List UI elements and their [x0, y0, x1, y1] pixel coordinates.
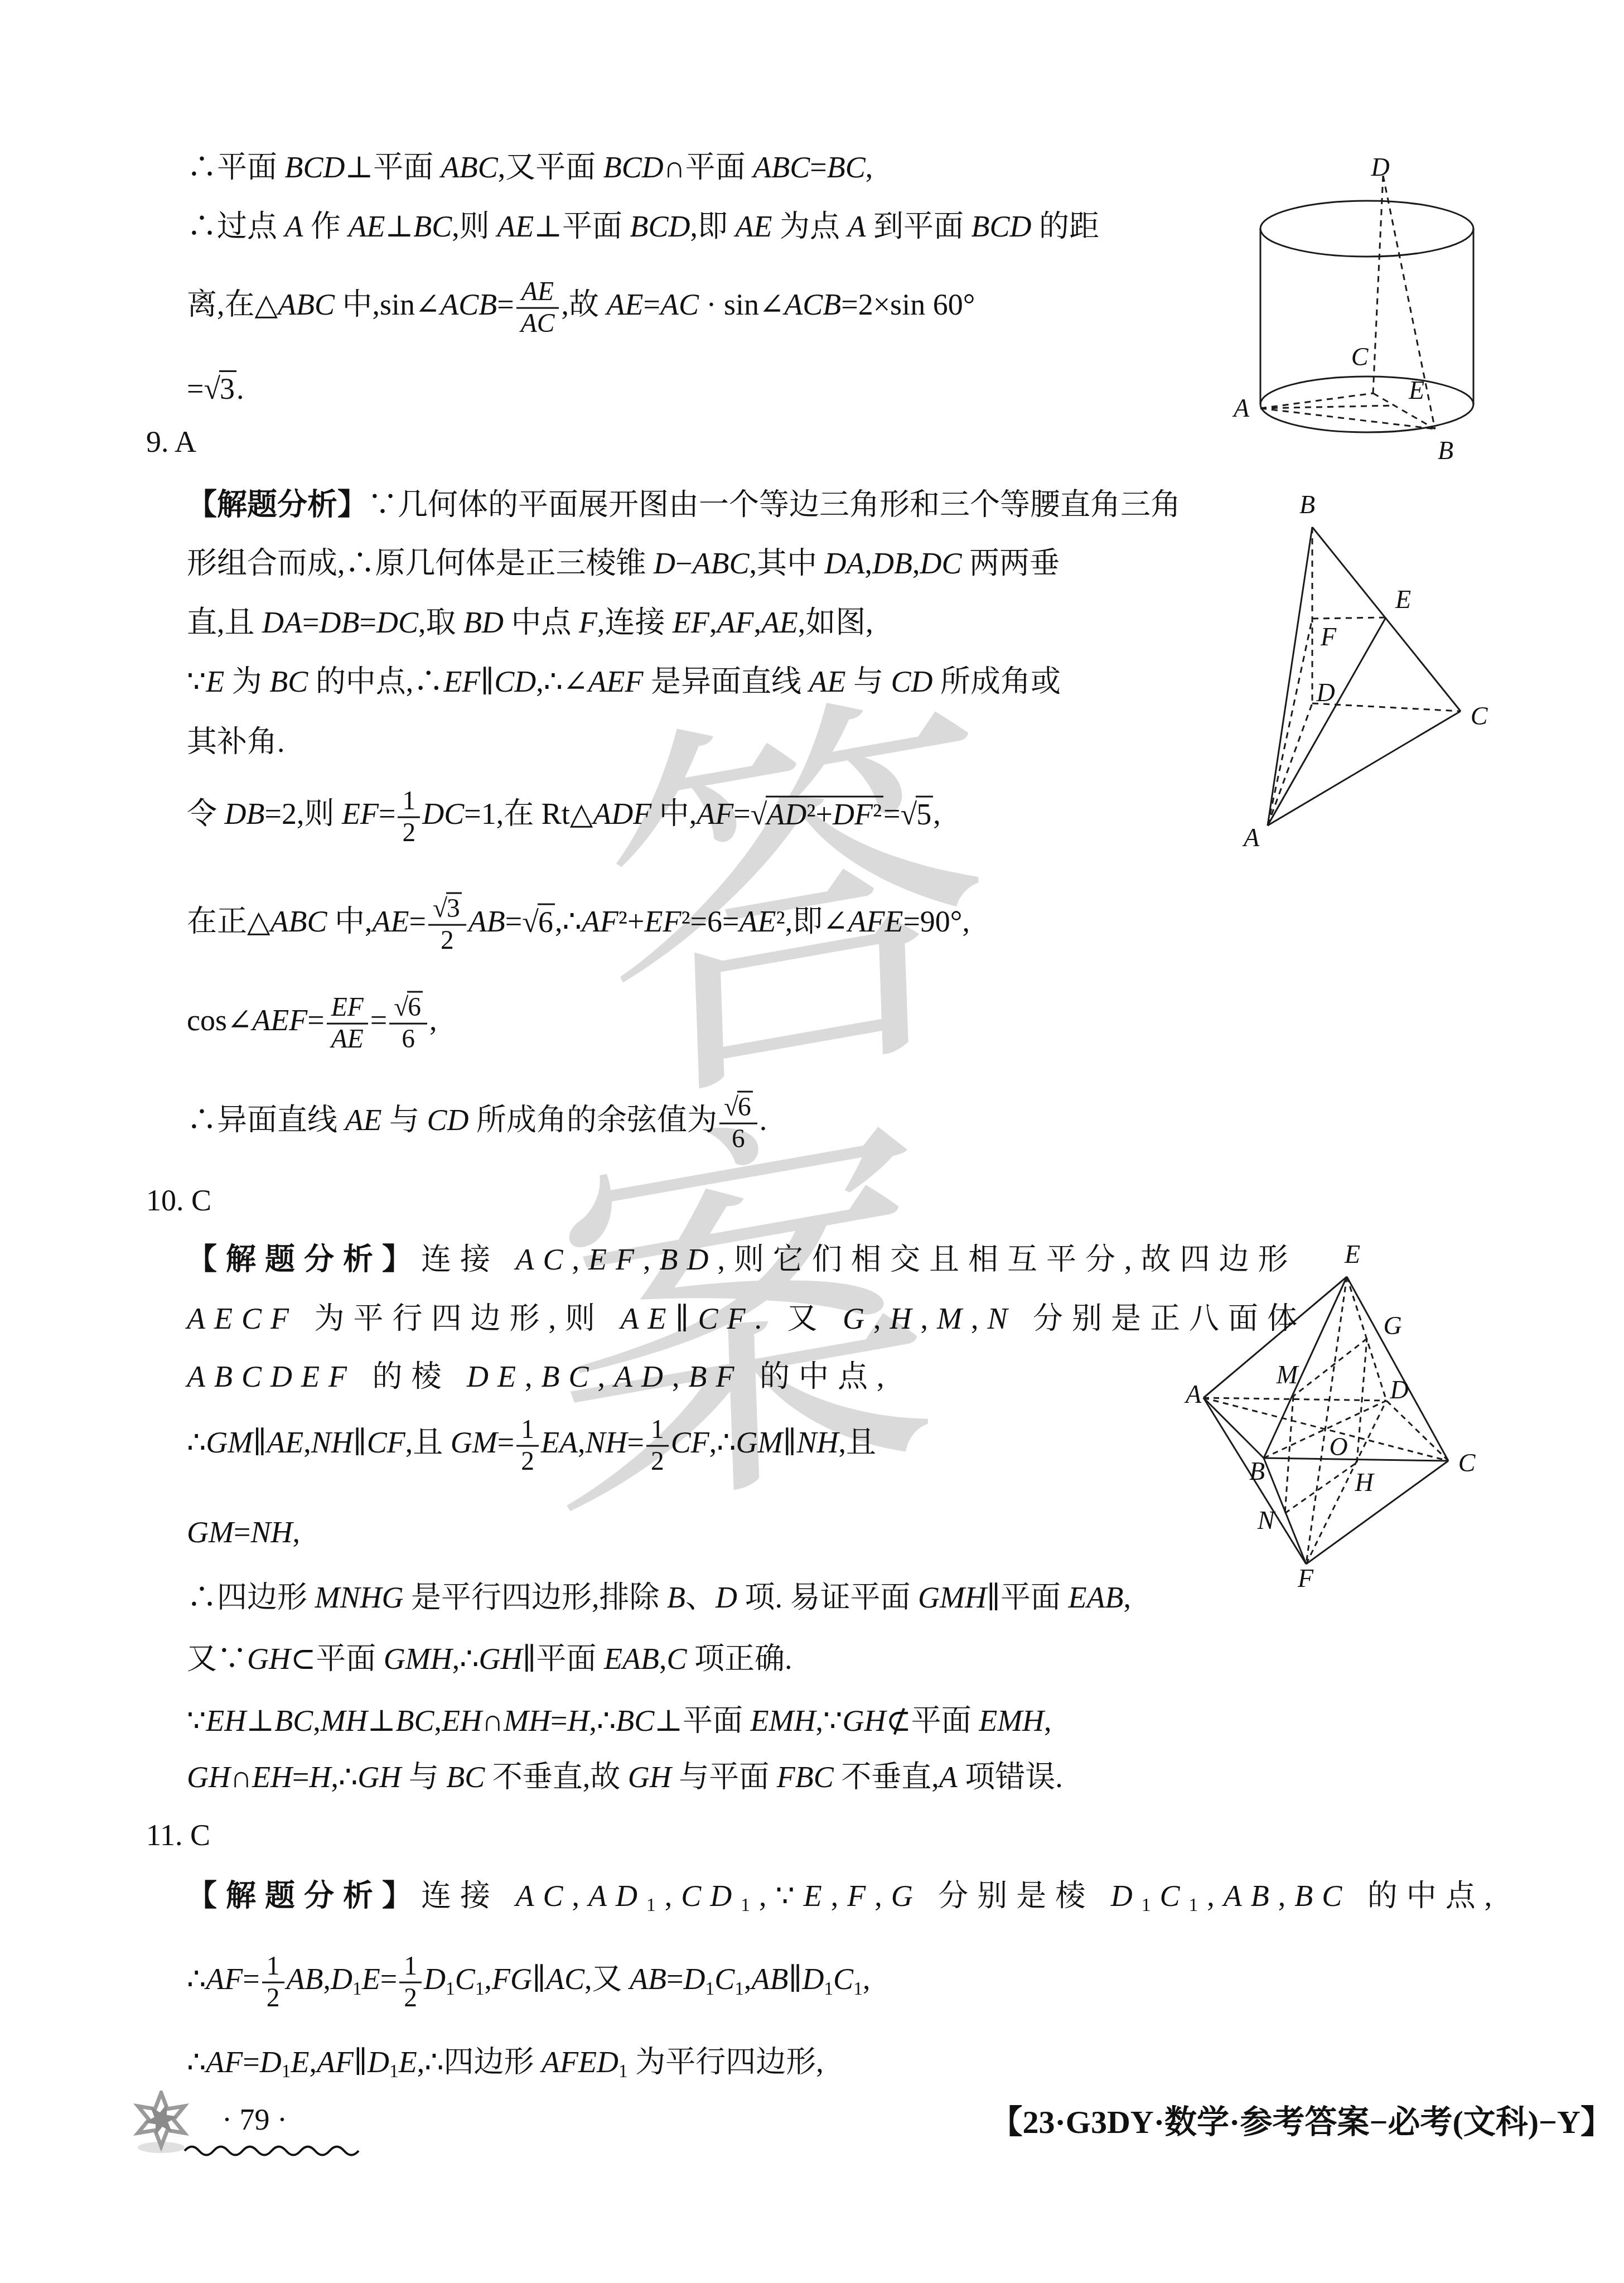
cylinder-label-C: C: [1351, 342, 1369, 372]
cylinder-diagram: [1227, 145, 1489, 463]
edge-FD: [1306, 1401, 1386, 1564]
answer-9: 9. A: [146, 424, 196, 459]
solution-line: 令 DB=2,则 EF=12DC=1,在 Rt△ADF 中,AF=√AD²+DF…: [187, 788, 941, 847]
octahedron-label-G: G: [1383, 1311, 1401, 1341]
solution-line: ∴平面 BCD⊥平面 ABC,又平面 BCD∩平面 ABC=BC,: [187, 150, 873, 185]
solution-line: 又∵GH⊂平面 GMH,∴GH∥平面 EAB,C 项正确.: [187, 1642, 792, 1676]
solution-line: 在正△ABC 中,AE=√32AB=√6,∴AF²+EF²=6=AE²,即∠AF…: [187, 895, 970, 955]
answer-10: 10. C: [146, 1183, 211, 1218]
answer-11: 11. C: [146, 1818, 210, 1852]
octahedron-label-C: C: [1458, 1449, 1476, 1478]
solution-line: 【解题分析】连接 AC,EF,BD,则它们相交且相互平分,故四边形: [187, 1242, 1297, 1277]
edge-BC: [1264, 1458, 1448, 1461]
octahedron-label-N: N: [1258, 1506, 1275, 1536]
segment-AB: [1260, 408, 1435, 429]
solution-line: ∴AF=D1E,AF∥D1E,∴四边形 AFED1 为平行四边形,: [187, 2045, 824, 2083]
octahedron-label-A: A: [1186, 1380, 1201, 1410]
footer-edition: 【23·G3DY·数学·参考答案−必考(文科)−Y】: [990, 2104, 1613, 2141]
solution-line: ∴四边形 MNHG 是平行四边形,排除 B、D 项. 易证平面 GMH∥平面 E…: [187, 1580, 1131, 1615]
cylinder-bottom-ellipse: [1260, 377, 1473, 432]
solution-line: GH∩EH=H,∴GH 与 BC 不垂直,故 GH 与平面 FBC 不垂直,A …: [187, 1760, 1063, 1794]
solution-line: ABCDEF 的棱 DE,BC,AD,BF 的中点,: [187, 1359, 893, 1394]
octahedron-diagram: [1188, 1244, 1478, 1590]
segment-DC: [1373, 176, 1383, 393]
octahedron-label-O: O: [1329, 1432, 1347, 1462]
solution-line: ∴过点 A 作 AE⊥BC,则 AE⊥平面 BCD,即 AE 为点 A 到平面 …: [187, 209, 1099, 244]
solution-line: ∵EH⊥BC,MH⊥BC,EH∩MH=H,∴BC⊥平面 EMH,∵GH⊄平面 E…: [187, 1703, 1052, 1738]
edge-BA: [1268, 527, 1312, 826]
octahedron-label-B: B: [1249, 1457, 1265, 1486]
tetrahedron-label-A: A: [1244, 823, 1259, 853]
solution-line: GM=NH,: [187, 1515, 300, 1550]
solution-line: ∴GM∥AE,NH∥CF,且 GM=12EA,NH=12CF,∴GM∥NH,且: [187, 1416, 876, 1476]
solution-line: ∵E 为 BC 的中点,∴EF∥CD,∴∠AEF 是异面直线 AE 与 CD 所…: [187, 664, 1061, 699]
solution-line: ∴AF=12AB,D1E=12D1C1,FG∥AC,又 AB=D1C1,AB∥D…: [187, 1953, 870, 2012]
cylinder-label-A: A: [1234, 394, 1249, 423]
cylinder-label-B: B: [1438, 436, 1453, 466]
octahedron-label-H: H: [1355, 1468, 1373, 1498]
solution-line: 离,在△ABC 中,sin∠ACB=AEAC,故 AE=AC · sin∠ACB…: [187, 278, 975, 338]
solution-line: 直,且 DA=DB=DC,取 BD 中点 F,连接 EF,AF,AE,如图,: [187, 605, 873, 640]
octahedron-label-D: D: [1390, 1375, 1408, 1405]
edge-AC: [1268, 711, 1461, 826]
edge-EA: [1203, 1277, 1347, 1398]
footer-page-number: · 79 ·: [222, 2102, 287, 2137]
tetrahedron-label-E: E: [1395, 585, 1411, 615]
segment-AE: [1260, 406, 1395, 408]
solution-line: 形组合而成,∴原几何体是正三棱锥 D−ABC,其中 DA,DB,DC 两两垂: [187, 546, 1060, 581]
segment-MN: [1285, 1396, 1293, 1513]
tetrahedron-diagram: [1244, 491, 1489, 848]
solution-line: cos∠AEF=EFAE=√66,: [187, 994, 437, 1054]
tetrahedron-label-B: B: [1299, 490, 1315, 520]
segment-AC: [1260, 393, 1373, 408]
solution-line: 【解题分析】∵几何体的平面展开图由一个等边三角形和三个等腰直角三角: [187, 488, 1181, 522]
tetrahedron-label-C: C: [1471, 702, 1488, 731]
cylinder-top-ellipse: [1260, 201, 1473, 257]
segment-AF: [1268, 619, 1312, 826]
edge-CD: [1386, 1401, 1448, 1461]
cylinder-label-D: D: [1371, 153, 1389, 182]
segment-NH: [1285, 1463, 1357, 1513]
pageno-wavy-underline: [181, 2141, 371, 2159]
solution-line: ∴异面直线 AE 与 CD 所成角的余弦值为√66.: [187, 1094, 767, 1153]
answer-sheet-page: 答案: [0, 0, 1624, 2283]
segment-CB: [1373, 393, 1435, 429]
octahedron-label-M: M: [1277, 1360, 1298, 1390]
solution-line: =√3.: [187, 371, 244, 406]
solution-line: 【解题分析】连接 AC,AD1,CD1,∵E,F,G 分别是棱 D1C1,AB,…: [187, 1879, 1501, 1917]
edge-AB: [1203, 1398, 1264, 1458]
cylinder-label-E: E: [1409, 376, 1424, 406]
edge-EC: [1347, 1277, 1448, 1461]
octahedron-label-E: E: [1345, 1240, 1360, 1270]
octahedron-label-F: F: [1298, 1564, 1313, 1594]
edge-AD: [1203, 1398, 1386, 1401]
segment-GM: [1293, 1339, 1367, 1396]
solution-line: AECF 为平行四边形,则 AE∥CF. 又 G,H,M,N 分别是正八面体: [187, 1301, 1306, 1336]
tetrahedron-label-F: F: [1321, 622, 1336, 652]
segment-FE: [1312, 617, 1386, 619]
solution-line: 其补角.: [187, 725, 285, 759]
edge-CF: [1306, 1461, 1448, 1564]
tetrahedron-label-D: D: [1316, 678, 1335, 708]
